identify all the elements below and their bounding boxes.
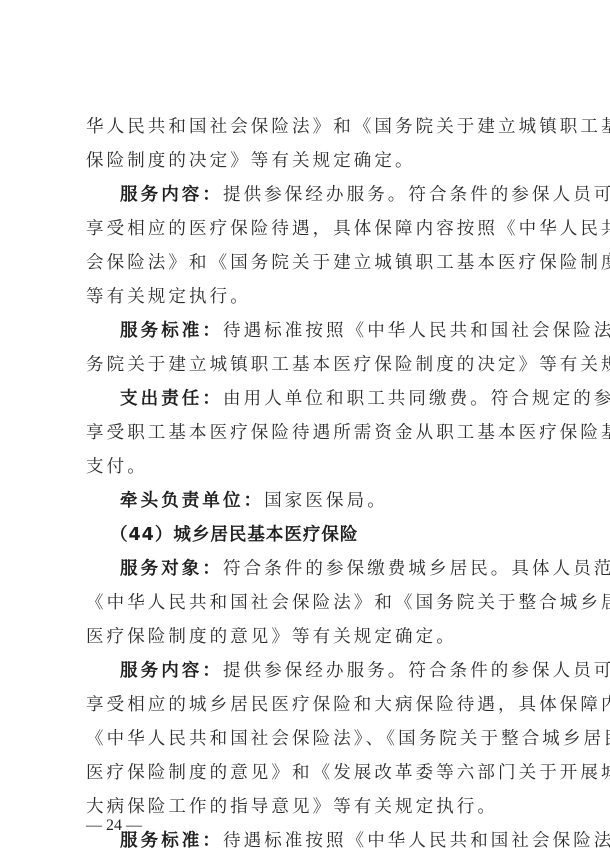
line-text: 国家医保局。 xyxy=(264,491,388,511)
text-line: 会保险法》和《国务院关于建立城镇职工基本医疗保险制度的决定》 xyxy=(86,246,530,280)
line-text: 享受职工基本医疗保险待遇所需资金从职工基本医疗保险基金中 xyxy=(86,423,610,443)
service-standard-paragraph: 服务标准：待遇标准按照《中华人民共和国社会保险法》和《国 xyxy=(86,314,530,348)
line-text: 《中华人民共和国社会保险法》、《国务院关于整合城乡居民基本 xyxy=(86,729,610,749)
line-text: 由用人单位和职工共同缴费。符合规定的参保人员 xyxy=(223,389,610,409)
text-line: 支付。 xyxy=(86,450,530,484)
line-text: 医疗保险制度的意见》和《发展改革委等六部门关于开展城乡居民 xyxy=(86,763,610,783)
line-text: 《中华人民共和国社会保险法》和《国务院关于整合城乡居民基本 xyxy=(86,593,610,613)
line-text: 提供参保经办服务。符合条件的参保人员可按规定 xyxy=(223,185,610,205)
line-text: 支付。 xyxy=(86,457,148,477)
service-content-paragraph: 服务内容：提供参保经办服务。符合条件的参保人员可按规定 xyxy=(86,654,530,688)
text-line: 医疗保险制度的意见》等有关规定确定。 xyxy=(86,620,530,654)
text-line: 大病保险工作的指导意见》等有关规定执行。 xyxy=(86,790,530,824)
service-target-paragraph: 服务对象：符合条件的参保缴费城乡居民。具体人员范围按照 xyxy=(86,552,530,586)
service-standard-label: 服务标准： xyxy=(120,321,223,341)
text-line: 《中华人民共和国社会保险法》和《国务院关于整合城乡居民基本 xyxy=(86,586,530,620)
line-text: 待遇标准按照《中华人民共和国社会保险法》和《国 xyxy=(223,321,610,341)
line-text: 大病保险工作的指导意见》等有关规定执行。 xyxy=(86,797,498,817)
service-target-label: 服务对象： xyxy=(120,559,223,579)
line-text: 待遇标准按照《中华人民共和国社会保险法》和《国 xyxy=(223,831,610,851)
text-line: 等有关规定执行。 xyxy=(86,280,530,314)
line-text: 等有关规定执行。 xyxy=(86,287,251,307)
text-line: 享受相应的医疗保险待遇，具体保障内容按照《中华人民共和国社 xyxy=(86,212,530,246)
text-line: 医疗保险制度的意见》和《发展改革委等六部门关于开展城乡居民 xyxy=(86,756,530,790)
service-content-paragraph: 服务内容：提供参保经办服务。符合条件的参保人员可按规定 xyxy=(86,178,530,212)
lead-unit-label: 牵头负责单位： xyxy=(120,491,264,511)
line-text: 享受相应的城乡居民医疗保险和大病保险待遇，具体保障内容按照 xyxy=(86,695,610,715)
line-text: 保险制度的决定》等有关规定确定。 xyxy=(86,151,416,171)
line-text: 会保险法》和《国务院关于建立城镇职工基本医疗保险制度的决定》 xyxy=(86,253,610,273)
text-line: 华人民共和国社会保险法》和《国务院关于建立城镇职工基本医疗 xyxy=(86,110,530,144)
expenditure-responsibility-paragraph: 支出责任：由用人单位和职工共同缴费。符合规定的参保人员 xyxy=(86,382,530,416)
expenditure-responsibility-label: 支出责任： xyxy=(120,389,223,409)
text-line: 享受相应的城乡居民医疗保险和大病保险待遇，具体保障内容按照 xyxy=(86,688,530,722)
line-text: 享受相应的医疗保险待遇，具体保障内容按照《中华人民共和国社 xyxy=(86,219,610,239)
document-body: 华人民共和国社会保险法》和《国务院关于建立城镇职工基本医疗 保险制度的决定》等有… xyxy=(86,110,530,858)
line-text: 医疗保险制度的意见》等有关规定确定。 xyxy=(86,627,457,647)
text-line: 保险制度的决定》等有关规定确定。 xyxy=(86,144,530,178)
text-line: 《中华人民共和国社会保险法》、《国务院关于整合城乡居民基本 xyxy=(86,722,530,756)
section-heading: （44）城乡居民基本医疗保险 xyxy=(86,518,530,552)
line-text: 提供参保经办服务。符合条件的参保人员可按规定 xyxy=(223,661,610,681)
text-line: 务院关于建立城镇职工基本医疗保险制度的决定》等有关规定执行。 xyxy=(86,348,530,382)
line-text: 华人民共和国社会保险法》和《国务院关于建立城镇职工基本医疗 xyxy=(86,117,610,137)
service-content-label: 服务内容： xyxy=(120,185,223,205)
page-number: — 24 — xyxy=(86,817,142,835)
lead-unit-paragraph: 牵头负责单位：国家医保局。 xyxy=(86,484,530,518)
text-line: 享受职工基本医疗保险待遇所需资金从职工基本医疗保险基金中 xyxy=(86,416,530,450)
line-text: 务院关于建立城镇职工基本医疗保险制度的决定》等有关规定执行。 xyxy=(86,355,610,375)
service-content-label: 服务内容： xyxy=(120,661,223,681)
line-text: 符合条件的参保缴费城乡居民。具体人员范围按照 xyxy=(223,559,610,579)
service-standard-paragraph: 服务标准：待遇标准按照《中华人民共和国社会保险法》和《国 xyxy=(86,824,530,858)
